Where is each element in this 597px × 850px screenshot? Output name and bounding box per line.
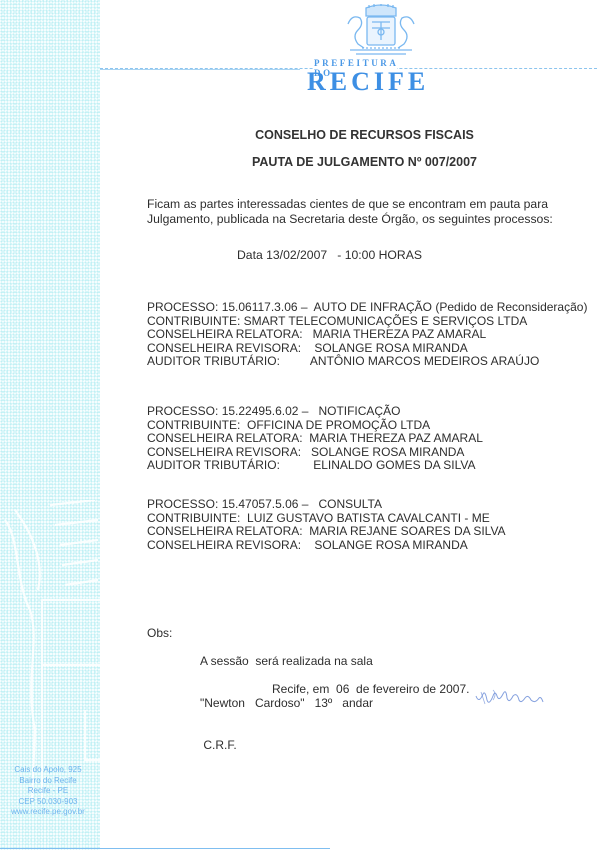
session-date: Data 13/02/2007 - 10:00 HORAS bbox=[237, 248, 422, 262]
address-line: CEP 50.030-903 bbox=[0, 797, 96, 808]
field-label: AUDITOR TRIBUTÁRIO: bbox=[147, 355, 310, 369]
rapporteur-row: CONSELHEIRA RELATORA: MARIA REJANE SOARE… bbox=[147, 525, 592, 539]
document-heading: CONSELHO DE RECURSOS FISCAIS bbox=[0, 128, 597, 142]
observation-text: A sessão será realizada na sala "Newton … bbox=[200, 626, 460, 780]
field-label: CONSELHEIRA REVISORA: bbox=[147, 539, 314, 553]
field-value: SOLANGE ROSA MIRANDA bbox=[311, 446, 464, 460]
field-value: ELINALDO GOMES DA SILVA bbox=[313, 459, 475, 473]
field-label: CONSELHEIRA RELATORA: bbox=[147, 432, 309, 446]
field-label: CONSELHEIRA RELATORA: bbox=[147, 328, 313, 342]
field-value: MARIA THEREZA PAZ AMARAL bbox=[309, 432, 483, 446]
auditor-row: AUDITOR TRIBUTÁRIO: ANTÔNIO MARCOS MEDEI… bbox=[147, 355, 592, 369]
field-value: SMART TELECOMUNICAÇÕES E SERVIÇOS LTDA bbox=[244, 315, 528, 329]
field-value: OFFICINA DE PROMOÇÃO LTDA bbox=[247, 419, 430, 433]
footer-divider bbox=[0, 848, 330, 849]
field-label: CONSELHEIRA RELATORA: bbox=[147, 525, 309, 539]
handwritten-signature-icon bbox=[473, 686, 545, 710]
field-value: MARIA REJANE SOARES DA SILVA bbox=[309, 525, 505, 539]
field-value: ANTÔNIO MARCOS MEDEIROS ARAÚJO bbox=[310, 355, 539, 369]
footer-address: Cais do Apolo, 925 Bairro do Recife Reci… bbox=[0, 765, 96, 818]
field-label: PROCESSO: bbox=[147, 301, 222, 315]
field-value: MARIA THEREZA PAZ AMARAL bbox=[313, 328, 487, 342]
auditor-row: AUDITOR TRIBUTÁRIO: ELINALDO GOMES DA SI… bbox=[147, 459, 592, 473]
observation-line: A sessão será realizada na sala bbox=[200, 654, 460, 668]
place-and-date: Recife, em 06 de fevereiro de 2007. bbox=[272, 682, 469, 696]
field-value: 15.47057.5.06 – CONSULTA bbox=[222, 498, 382, 512]
process-block: PROCESSO: 15.22495.6.02 – NOTIFICAÇÃO CO… bbox=[147, 405, 592, 473]
rapporteur-row: CONSELHEIRA RELATORA: MARIA THEREZA PAZ … bbox=[147, 328, 592, 342]
watermark-illustration-icon bbox=[0, 500, 100, 800]
address-line: Cais do Apolo, 925 bbox=[0, 765, 96, 776]
process-number-row: PROCESSO: 15.06117.3.06 – AUTO DE INFRAÇ… bbox=[147, 301, 592, 315]
field-value: SOLANGE ROSA MIRANDA bbox=[314, 539, 467, 553]
field-label: PROCESSO: bbox=[147, 498, 222, 512]
process-block: PROCESSO: 15.06117.3.06 – AUTO DE INFRAÇ… bbox=[147, 301, 592, 369]
field-label: PROCESSO: bbox=[147, 405, 222, 419]
process-block: PROCESSO: 15.47057.5.06 – CONSULTA CONTR… bbox=[147, 498, 592, 552]
field-label: CONTRIBUINTE: bbox=[147, 512, 247, 526]
intro-paragraph: Ficam as partes interessadas cientes de … bbox=[147, 197, 587, 226]
reviewer-row: CONSELHEIRA REVISORA: SOLANGE ROSA MIRAN… bbox=[147, 539, 592, 553]
taxpayer-row: CONTRIBUINTE: LUIZ GUSTAVO BATISTA CAVAL… bbox=[147, 512, 592, 526]
observation-label: Obs: bbox=[147, 626, 172, 640]
website-link[interactable]: www.recife.pe.gov.br bbox=[0, 807, 96, 818]
taxpayer-row: CONTRIBUINTE: SMART TELECOMUNICAÇÕES E S… bbox=[147, 315, 592, 329]
process-number-row: PROCESSO: 15.22495.6.02 – NOTIFICAÇÃO bbox=[147, 405, 592, 419]
taxpayer-row: CONTRIBUINTE: OFFICINA DE PROMOÇÃO LTDA bbox=[147, 419, 592, 433]
field-label: CONTRIBUINTE: bbox=[147, 419, 247, 433]
document-subheading: PAUTA DE JULGAMENTO Nº 007/2007 bbox=[0, 155, 597, 169]
field-label: AUDITOR TRIBUTÁRIO: bbox=[147, 459, 313, 473]
address-line: Recife - PE bbox=[0, 786, 96, 797]
process-number-row: PROCESSO: 15.47057.5.06 – CONSULTA bbox=[147, 498, 592, 512]
field-label: CONTRIBUINTE: bbox=[147, 315, 244, 329]
rapporteur-row: CONSELHEIRA RELATORA: MARIA THEREZA PAZ … bbox=[147, 432, 592, 446]
header-divider-accent bbox=[100, 69, 300, 70]
brand-title: RECIFE bbox=[307, 69, 429, 95]
address-line: Bairro do Recife bbox=[0, 776, 96, 787]
field-value: 15.06117.3.06 – AUTO DE INFRAÇÃO (Pedido… bbox=[222, 301, 588, 315]
coat-of-arms-icon bbox=[338, 4, 424, 56]
field-value: 15.22495.6.02 – NOTIFICAÇÃO bbox=[222, 405, 401, 419]
field-value: LUIZ GUSTAVO BATISTA CAVALCANTI - ME bbox=[247, 512, 490, 526]
observation-line: C.R.F. bbox=[200, 738, 460, 752]
observation-line: "Newton Cardoso" 13º andar bbox=[200, 696, 460, 710]
